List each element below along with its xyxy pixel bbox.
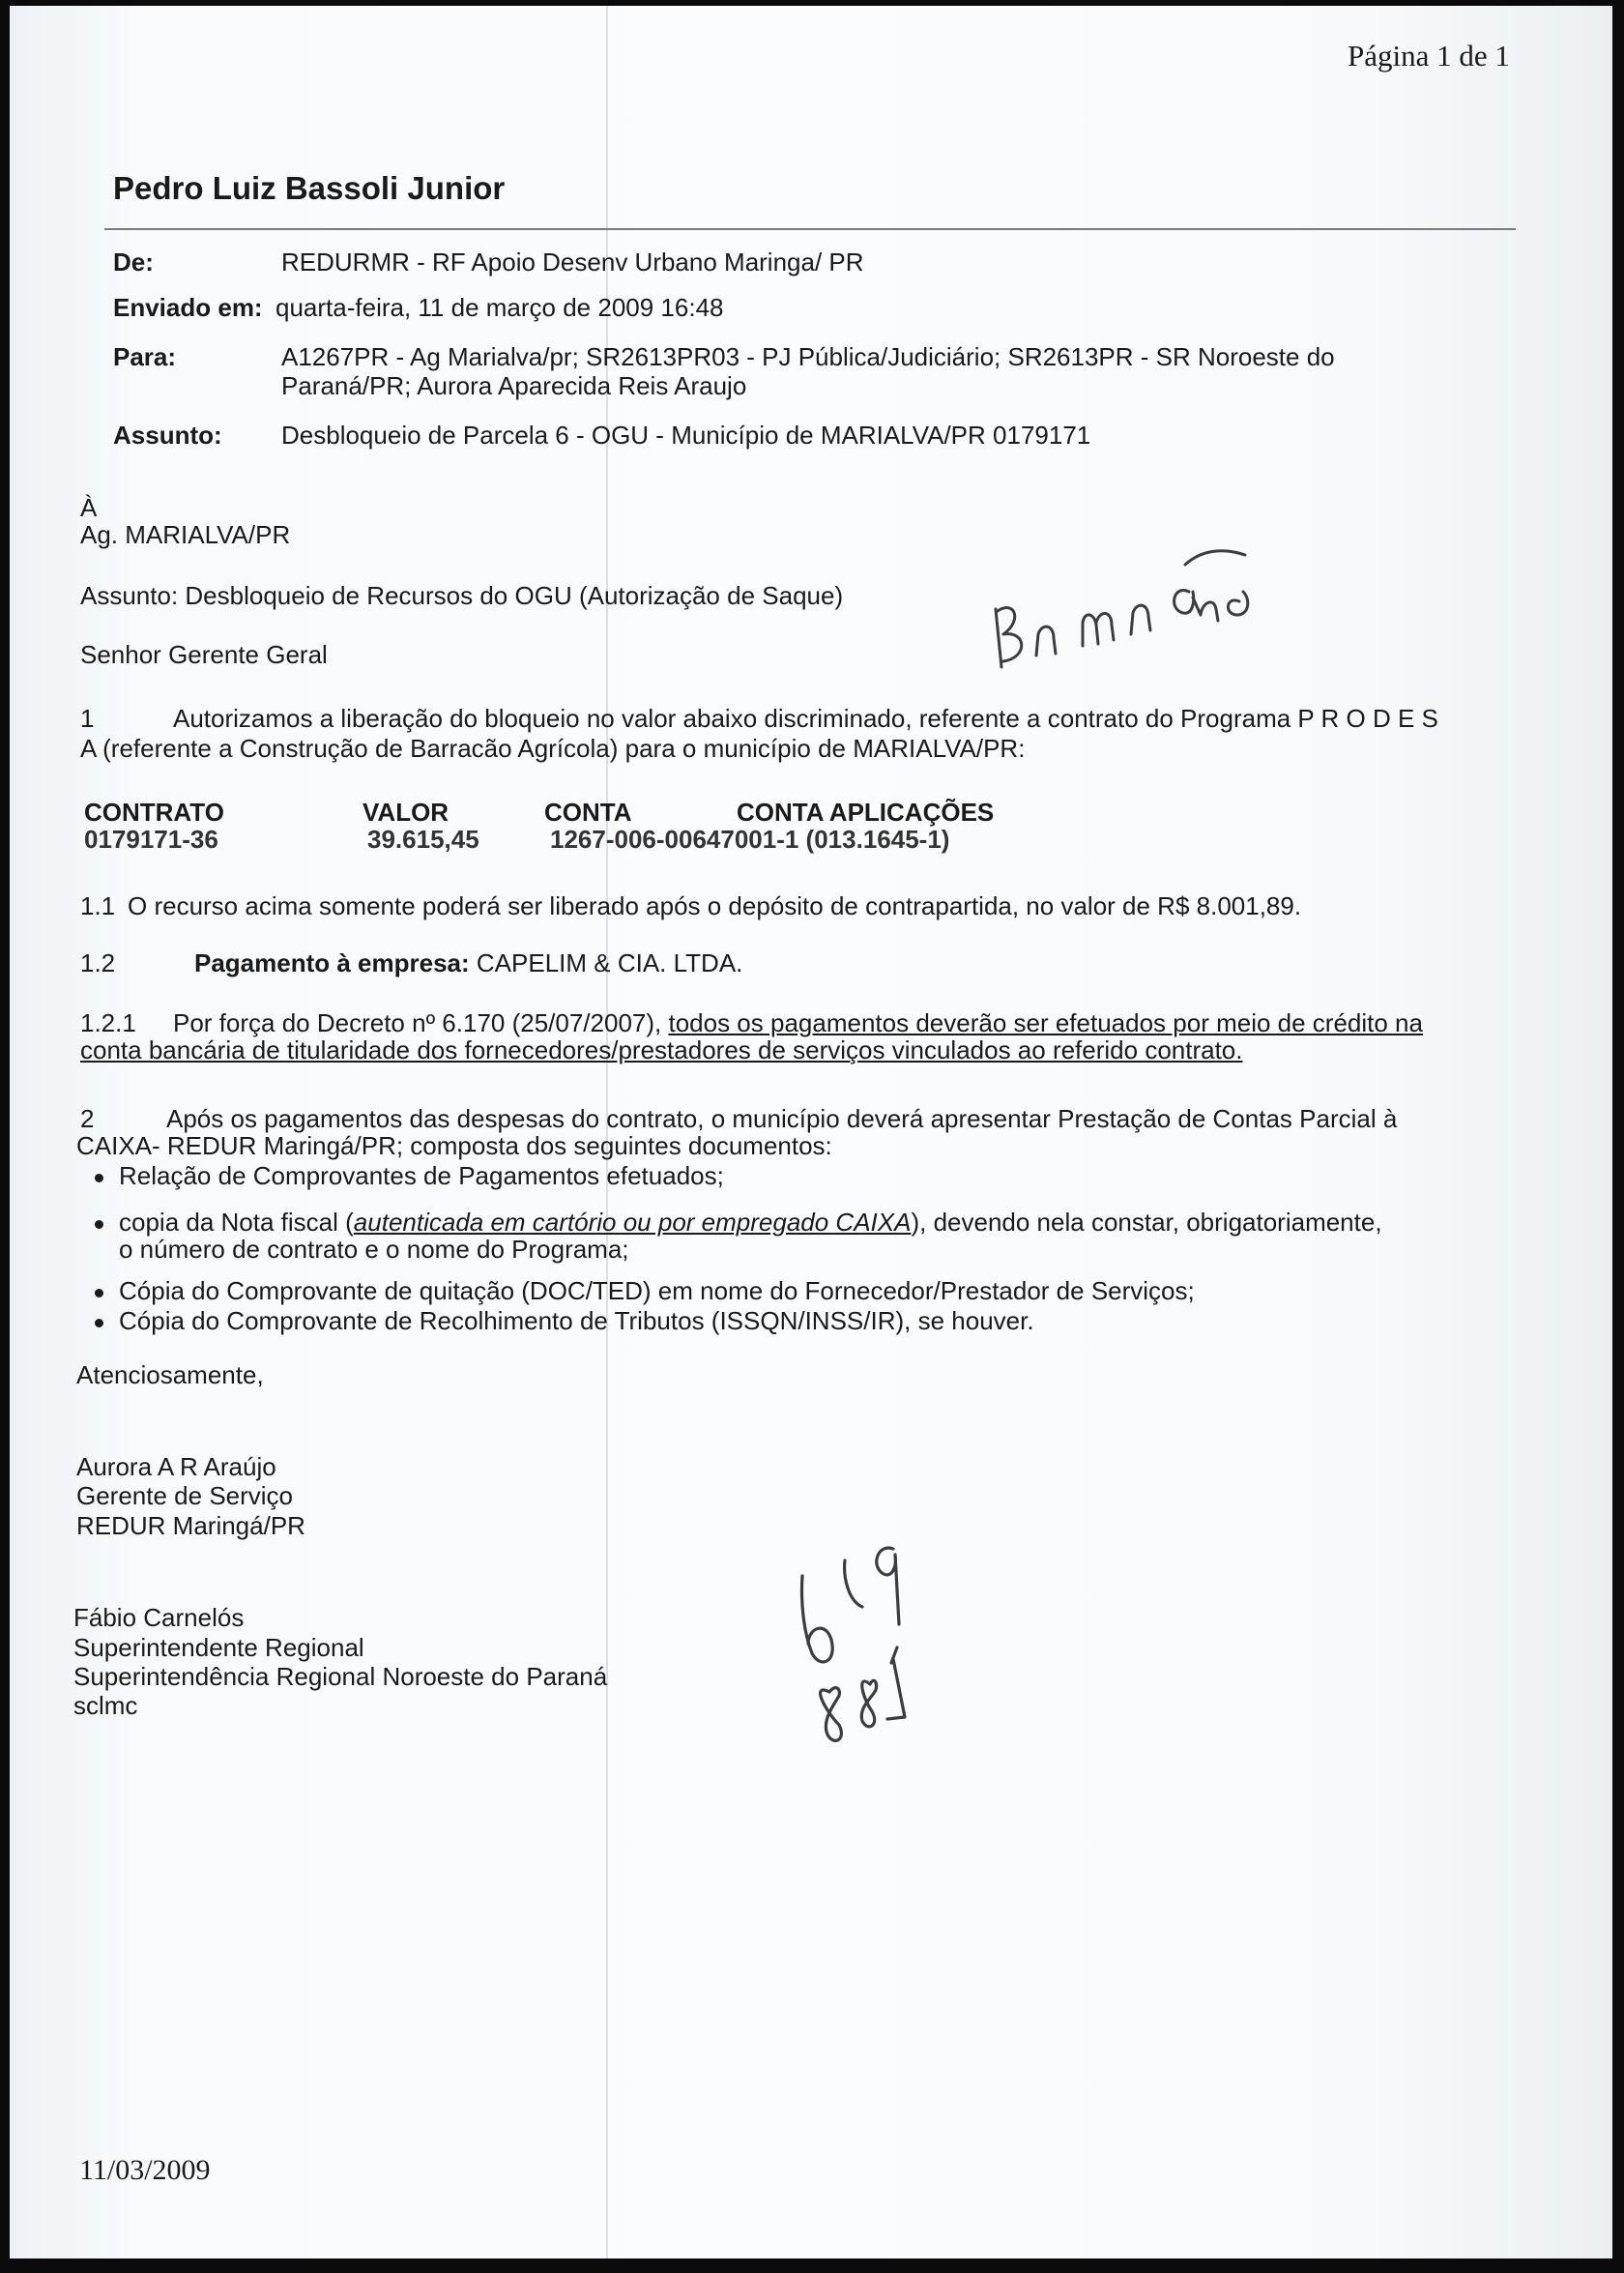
table-header-contrato: CONTRATO — [84, 798, 224, 828]
section-2-line2: CAIXA- REDUR Maringá/PR; composta dos se… — [76, 1131, 832, 1161]
list-item: copia da Nota fiscal (autenticada em car… — [95, 1208, 1382, 1238]
addressee-prefix: À — [80, 493, 97, 523]
closing: Atenciosamente, — [76, 1360, 264, 1390]
signer-unit: REDUR Maringá/PR — [76, 1511, 305, 1541]
table-header-valor: VALOR — [362, 798, 449, 828]
svg-text:885: 885 — [783, 1528, 806, 1531]
section-1-1-number: 1.1 — [80, 891, 115, 921]
print-date: 11/03/2009 — [79, 2154, 211, 2187]
signer-role: Superintendente Regional — [73, 1633, 364, 1663]
signer-role: Gerente de Serviço — [76, 1481, 293, 1511]
from-value: REDURMR - RF Apoio Desenv Urbano Maringa… — [281, 248, 864, 277]
mailbox-owner-name: Pedro Luiz Bassoli Junior — [113, 170, 505, 207]
addressee: Ag. MARIALVA/PR — [80, 520, 290, 550]
sent-value: quarta-feira, 11 de março de 2009 16:48 — [275, 293, 724, 323]
list-item: Cópia do Comprovante de Recolhimento de … — [95, 1306, 1034, 1336]
to-value-line1: A1267PR - Ag Marialva/pr; SR2613PR03 - P… — [281, 342, 1335, 372]
subject-label: Assunto: — [113, 421, 222, 451]
subject-value: Desbloqueio de Parcela 6 - OGU - Municíp… — [281, 421, 1090, 451]
decree-reference: Por força do Decreto nº 6.170 (25/07/200… — [173, 1008, 661, 1037]
signer-name: Aurora A R Araújo — [76, 1452, 276, 1482]
to-value-line2: Paraná/PR; Aurora Aparecida Reis Araujo — [281, 371, 746, 401]
decree-requirement-line1: todos os pagamentos deverão ser efetuado… — [668, 1008, 1423, 1037]
payment-company: CAPELIM & CIA. LTDA. — [477, 948, 742, 977]
table-cell-contrato: 0179171-36 — [84, 825, 218, 855]
section-1-number: 1 — [80, 704, 94, 734]
svg-text:Bamacão: Bamacão — [976, 541, 1034, 545]
section-1-2-number: 1.2 — [80, 948, 115, 978]
section-2-line1: Após os pagamentos das despesas do contr… — [166, 1104, 1397, 1134]
from-label: De: — [113, 248, 154, 277]
authentication-note: autenticada em cartório ou por empregado… — [354, 1208, 912, 1237]
table-header-conta-aplicacoes: CONTA APLICAÇÕES — [737, 798, 994, 828]
decree-requirement-line2: conta bancária de titularidade dos forne… — [80, 1035, 1243, 1065]
table-cell-conta: 1267-006-00647001-1 (013.1645-1) — [550, 825, 949, 855]
bullet-icon — [95, 1174, 103, 1182]
list-item-continuation: o número de contrato e o nome do Program… — [119, 1235, 629, 1265]
sent-label: Enviado em: — [113, 293, 263, 323]
to-label: Para: — [113, 342, 176, 372]
section-1-2-1-number: 1.2.1 — [80, 1008, 136, 1038]
section-1-line1: Autorizamos a liberação do bloqueio no v… — [173, 704, 1438, 734]
list-item: Cópia do Comprovante de quitação (DOC/TE… — [95, 1276, 1195, 1306]
list-item: Relação de Comprovantes de Pagamentos ef… — [95, 1161, 724, 1191]
signer-name: Fábio Carnelós — [73, 1603, 244, 1633]
bullet-icon — [95, 1220, 103, 1229]
section-2-number: 2 — [80, 1104, 94, 1134]
signer-unit: Superintendência Regional Noroeste do Pa… — [73, 1662, 607, 1692]
payment-label: Pagamento à empresa: — [194, 948, 470, 977]
bullet-icon — [95, 1289, 103, 1297]
handwritten-annotation-bamacao: Bamacão — [976, 541, 1392, 677]
table-cell-valor: 39.615,45 — [367, 825, 479, 855]
salutation: Senhor Gerente Geral — [80, 640, 328, 670]
table-header-conta: CONTA — [544, 798, 632, 828]
section-1-1-text: O recurso acima somente poderá ser liber… — [128, 891, 1301, 921]
bullet-icon — [95, 1319, 103, 1327]
handwritten-page-numbers: 619 885 — [783, 1528, 928, 1750]
page-indicator: Página 1 de 1 — [1348, 39, 1510, 73]
section-1-line2: A (referente a Construção de Barracão Ag… — [80, 734, 1025, 764]
signer-initials: sclmc — [73, 1691, 137, 1721]
body-subject-line: Assunto: Desbloqueio de Recursos do OGU … — [80, 581, 843, 611]
header-divider — [104, 228, 1516, 230]
